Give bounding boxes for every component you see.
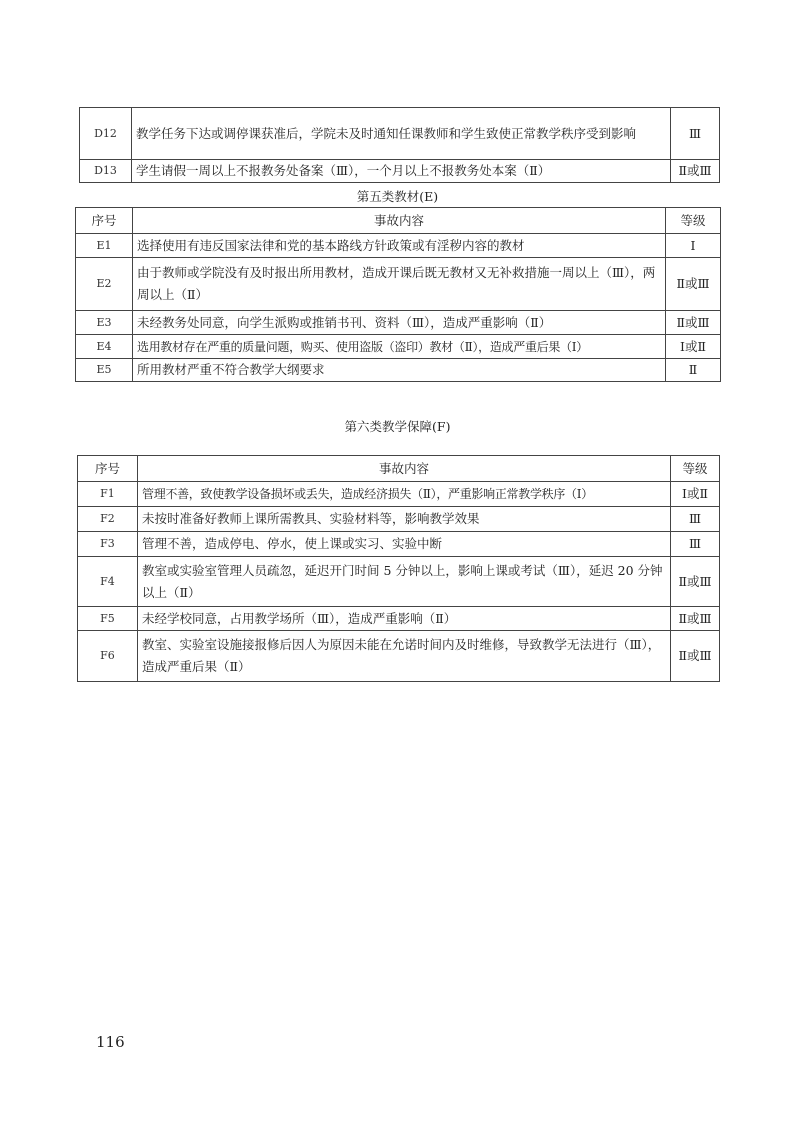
table-row: E1 选择使用有违反国家法律和党的基本路线方针政策或有淫秽内容的教材 Ⅰ bbox=[76, 234, 721, 258]
table-row: F1 管理不善，致使教学设备损坏或丢失，造成经济损失（Ⅱ），严重影响正常教学秩序… bbox=[78, 482, 720, 507]
row-grade: Ⅱ或Ⅲ bbox=[671, 557, 720, 607]
header-code: 序号 bbox=[76, 208, 133, 234]
header-grade: 等级 bbox=[666, 208, 721, 234]
row-grade: Ⅱ或Ⅲ bbox=[666, 258, 721, 311]
row-code: D13 bbox=[80, 160, 132, 183]
row-content: 教学任务下达或调停课获准后，学院未及时通知任课教师和学生致使正常教学秩序受到影响 bbox=[132, 108, 671, 160]
table-row: F6 教室、实验室设施接报修后因人为原因未能在允诺时间内及时维修，导致教学无法进… bbox=[78, 631, 720, 682]
row-content: 由于教师或学院没有及时报出所用教材，造成开课后既无教材又无补救措施一周以上（Ⅲ）… bbox=[133, 258, 666, 311]
row-grade: Ⅲ bbox=[671, 108, 720, 160]
row-grade: Ⅲ bbox=[671, 507, 720, 532]
row-code: F3 bbox=[78, 532, 138, 557]
row-grade: Ⅱ或Ⅲ bbox=[666, 311, 721, 335]
row-content: 未经学校同意，占用教学场所（Ⅲ），造成严重影响（Ⅱ） bbox=[138, 607, 671, 631]
row-code: E3 bbox=[76, 311, 133, 335]
table-d-continuation: D12 教学任务下达或调停课获准后，学院未及时通知任课教师和学生致使正常教学秩序… bbox=[79, 107, 720, 183]
row-code: F4 bbox=[78, 557, 138, 607]
table-row: E3 未经教务处同意，向学生派购或推销书刊、资料（Ⅲ），造成严重影响（Ⅱ） Ⅱ或… bbox=[76, 311, 721, 335]
row-code: F5 bbox=[78, 607, 138, 631]
table-row: F4 教室或实验室管理人员疏忽，延迟开门时间 5 分钟以上，影响上课或考试（Ⅲ）… bbox=[78, 557, 720, 607]
row-grade: Ⅰ或Ⅱ bbox=[666, 335, 721, 359]
header-grade: 等级 bbox=[671, 456, 720, 482]
row-grade: Ⅱ或Ⅲ bbox=[671, 160, 720, 183]
table-f: 序号 事故内容 等级 F1 管理不善，致使教学设备损坏或丢失，造成经济损失（Ⅱ）… bbox=[77, 455, 720, 682]
table-row: E4 选用教材存在严重的质量问题，购买、使用盗版（盗印）教材（Ⅱ），造成严重后果… bbox=[76, 335, 721, 359]
table-header-row: 序号 事故内容 等级 bbox=[76, 208, 721, 234]
header-content: 事故内容 bbox=[133, 208, 666, 234]
row-code: E4 bbox=[76, 335, 133, 359]
row-content: 管理不善，致使教学设备损坏或丢失，造成经济损失（Ⅱ），严重影响正常教学秩序（Ⅰ） bbox=[138, 482, 671, 507]
row-grade: Ⅲ bbox=[671, 532, 720, 557]
row-code: F2 bbox=[78, 507, 138, 532]
row-content: 选用教材存在严重的质量问题，购买、使用盗版（盗印）教材（Ⅱ），造成严重后果（Ⅰ） bbox=[133, 335, 666, 359]
row-grade: Ⅰ或Ⅱ bbox=[671, 482, 720, 507]
table-row: D12 教学任务下达或调停课获准后，学院未及时通知任课教师和学生致使正常教学秩序… bbox=[80, 108, 720, 160]
row-content: 未按时准备好教师上课所需教具、实验材料等，影响教学效果 bbox=[138, 507, 671, 532]
row-content: 管理不善，造成停电、停水，使上课或实习、实验中断 bbox=[138, 532, 671, 557]
row-code: F6 bbox=[78, 631, 138, 682]
table-row: D13 学生请假一周以上不报教务处备案（Ⅲ），一个月以上不报教务处本案（Ⅱ） Ⅱ… bbox=[80, 160, 720, 183]
row-code: F1 bbox=[78, 482, 138, 507]
table-row: F2 未按时准备好教师上课所需教具、实验材料等，影响教学效果 Ⅲ bbox=[78, 507, 720, 532]
table-f-caption: 第六类教学保障(F) bbox=[0, 417, 795, 435]
page-number: 116 bbox=[96, 1033, 125, 1051]
row-grade: Ⅱ bbox=[666, 359, 721, 382]
row-grade: Ⅰ bbox=[666, 234, 721, 258]
row-content: 所用教材严重不符合教学大纲要求 bbox=[133, 359, 666, 382]
table-e: 序号 事故内容 等级 E1 选择使用有违反国家法律和党的基本路线方针政策或有淫秽… bbox=[75, 207, 721, 382]
row-content: 教室或实验室管理人员疏忽，延迟开门时间 5 分钟以上，影响上课或考试（Ⅲ），延迟… bbox=[138, 557, 671, 607]
table-row: F3 管理不善，造成停电、停水，使上课或实习、实验中断 Ⅲ bbox=[78, 532, 720, 557]
table-row: E2 由于教师或学院没有及时报出所用教材，造成开课后既无教材又无补救措施一周以上… bbox=[76, 258, 721, 311]
row-code: E5 bbox=[76, 359, 133, 382]
row-content: 教室、实验室设施接报修后因人为原因未能在允诺时间内及时维修，导致教学无法进行（Ⅲ… bbox=[138, 631, 671, 682]
table-row: E5 所用教材严重不符合教学大纲要求 Ⅱ bbox=[76, 359, 721, 382]
table-e-caption: 第五类教材(E) bbox=[0, 187, 795, 205]
row-content: 选择使用有违反国家法律和党的基本路线方针政策或有淫秽内容的教材 bbox=[133, 234, 666, 258]
row-content: 学生请假一周以上不报教务处备案（Ⅲ），一个月以上不报教务处本案（Ⅱ） bbox=[132, 160, 671, 183]
row-code: E1 bbox=[76, 234, 133, 258]
table-row: F5 未经学校同意，占用教学场所（Ⅲ），造成严重影响（Ⅱ） Ⅱ或Ⅲ bbox=[78, 607, 720, 631]
row-code: D12 bbox=[80, 108, 132, 160]
table-header-row: 序号 事故内容 等级 bbox=[78, 456, 720, 482]
row-code: E2 bbox=[76, 258, 133, 311]
row-grade: Ⅱ或Ⅲ bbox=[671, 631, 720, 682]
row-grade: Ⅱ或Ⅲ bbox=[671, 607, 720, 631]
row-content: 未经教务处同意，向学生派购或推销书刊、资料（Ⅲ），造成严重影响（Ⅱ） bbox=[133, 311, 666, 335]
header-content: 事故内容 bbox=[138, 456, 671, 482]
header-code: 序号 bbox=[78, 456, 138, 482]
